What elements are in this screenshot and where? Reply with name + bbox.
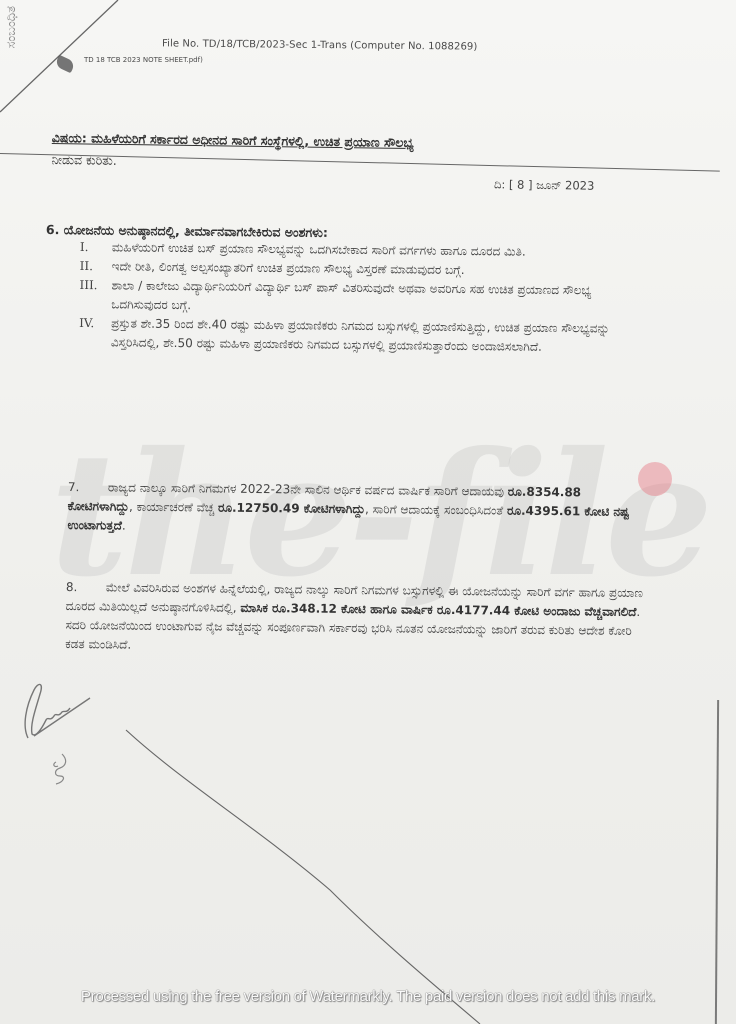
file-attachment-name: TD 18 TCB 2023 NOTE SHEET.pdf) xyxy=(84,56,203,64)
paragraph-number: 8. xyxy=(66,578,106,597)
document-date: ದಿ: [ 8 ] ಜೂನ್ 2023 xyxy=(494,177,595,193)
item-text: ಪ್ರಸ್ತುತ ಶೇ.35 ರಿಂದ ಶೇ.40 ರಷ್ಟು ಮಹಿಳಾ ಪ್… xyxy=(111,314,639,358)
margin-handwritten-note: ಸಂಬಂಧಿತ xyxy=(4,6,19,49)
section-6-items: I.ಮಹಿಳೆಯರಿಗೆ ಉಚಿತ ಬಸ್ ಪ್ರಯಾಣ ಸೌಲಭ್ಯವನ್ನು… xyxy=(79,238,640,358)
list-item: III.ಶಾಲಾ / ಕಾಲೇಜು ವಿದ್ಯಾರ್ಥಿನಿಯರಿಗೆ ವಿದ್… xyxy=(79,276,639,320)
paragraph-7: 7.ರಾಜ್ಯದ ನಾಲ್ಕೂ ಸಾರಿಗೆ ನಿಗಮಗಳ 2022-23ನೇ … xyxy=(67,478,648,541)
paragraph-8: 8.ಮೇಲೆ ವಿವರಿಸಿರುವ ಅಂಶಗಳ ಹಿನ್ನೆಲೆಯಲ್ಲಿ, ರ… xyxy=(65,578,646,660)
item-number: III. xyxy=(79,276,111,314)
diagonal-stroke-bottom xyxy=(0,700,736,1024)
item-number: IV. xyxy=(79,314,111,352)
item-number: II. xyxy=(80,257,112,276)
cost-estimate-figure: ಮಾಸಿಕ ರೂ.348.12 ಕೋಟಿ ಹಾಗೂ ವಾರ್ಷಿಕ ರೂ.417… xyxy=(240,601,636,619)
watermark-notice: Processed using the free version of Wate… xyxy=(0,988,736,1005)
item-number: I. xyxy=(80,238,112,257)
operating-cost-figure: ರೂ.12750.49 ಕೋಟಿಗಳಾಗಿದ್ದು xyxy=(218,501,365,517)
list-item: IV.ಪ್ರಸ್ತುತ ಶೇ.35 ರಿಂದ ಶೇ.40 ರಷ್ಟು ಮಹಿಳಾ… xyxy=(79,314,639,358)
subject-block: ವಿಷಯ: ಮಹಿಳೆಯರಿಗೆ ಸರ್ಕಾರದ ಅಧೀನದ ಸಾರಿಗೆ ಸಂ… xyxy=(51,127,652,179)
item-text: ಶಾಲಾ / ಕಾಲೇಜು ವಿದ್ಯಾರ್ಥಿನಿಯರಿಗೆ ವಿದ್ಯಾರ್… xyxy=(111,276,639,320)
scanned-note-sheet: ಸಂಬಂಧಿತ File No. TD/18/TCB/2023-Sec 1-Tr… xyxy=(0,0,736,1024)
paragraph-number: 7. xyxy=(68,478,108,497)
